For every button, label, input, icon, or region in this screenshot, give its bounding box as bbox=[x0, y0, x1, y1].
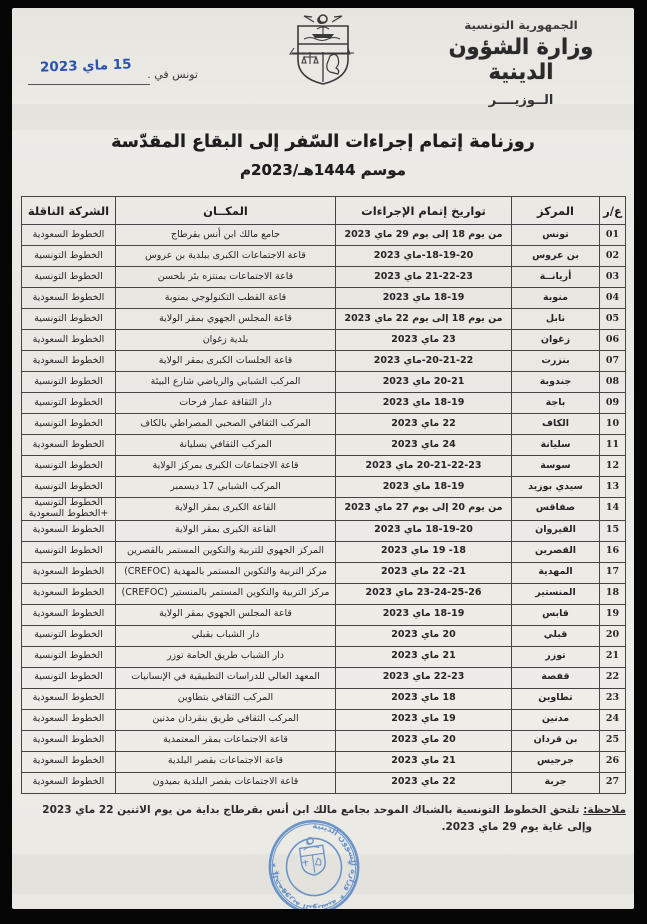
cell-center: قبلي bbox=[512, 625, 600, 646]
cell-place: قاعة الاجتماعات بقصر البلدية بميدون bbox=[116, 772, 336, 793]
cell-dates: من يوم 20 إلى يوم 27 ماي 2023 bbox=[336, 498, 512, 521]
cell-num: 15 bbox=[600, 520, 626, 541]
date-underline bbox=[28, 84, 150, 85]
cell-place: القاعة الكبرى بمقر الولاية bbox=[116, 520, 336, 541]
schedule-table-body: 01تونسمن يوم 18 إلى يوم 29 ماي 2023جامع … bbox=[22, 225, 626, 794]
title-line2: موسم 1444هـ/2023م bbox=[12, 161, 634, 179]
cell-num: 23 bbox=[600, 688, 626, 709]
cell-center: سوسة bbox=[512, 456, 600, 477]
cell-num: 21 bbox=[600, 646, 626, 667]
cell-dates: 20-21 ماي 2023 bbox=[336, 372, 512, 393]
cell-place: قاعة الاجتماعات بمنتزه بئر بلحسن bbox=[116, 267, 336, 288]
ministry-name: وزارة الشؤون الدينية bbox=[416, 34, 626, 84]
cell-num: 24 bbox=[600, 709, 626, 730]
cell-center: القيروان bbox=[512, 520, 600, 541]
cell-center: مدنين bbox=[512, 709, 600, 730]
svg-text:✶: ✶ bbox=[273, 869, 282, 880]
cell-num: 03 bbox=[600, 267, 626, 288]
cell-num: 06 bbox=[600, 330, 626, 351]
cell-num: 22 bbox=[600, 667, 626, 688]
cell-dates: 21- 22 ماي 2023 bbox=[336, 562, 512, 583]
cell-carrier: الخطوط التونسية bbox=[22, 372, 116, 393]
table-row: 19قابس18-19 ماي 2023قاعة المجلس الجهوي ب… bbox=[22, 604, 626, 625]
cell-center: نابل bbox=[512, 309, 600, 330]
cell-num: 17 bbox=[600, 562, 626, 583]
scanned-document-page: الجمهورية التونسية وزارة الشؤون الدينية … bbox=[12, 8, 634, 909]
ministry-round-seal: الجمهورية التونسية ✶ وزارة الشؤون الديني… bbox=[257, 810, 370, 909]
cell-place: القاعة الكبرى بمقر الولاية bbox=[116, 498, 336, 521]
table-row: 21توزر21 ماي 2023دار الشباب طريق الحامة … bbox=[22, 646, 626, 667]
tunisia-coat-of-arms-icon bbox=[284, 12, 362, 98]
cell-dates: 18-19 ماي 2023 bbox=[336, 477, 512, 498]
header-carrier: الشركة الناقلة bbox=[22, 197, 116, 225]
cell-center: بن قردان bbox=[512, 730, 600, 751]
schedule-table: ع/ر المركز تواريخ إتمام الإجراءات المكــ… bbox=[21, 196, 626, 794]
cell-num: 12 bbox=[600, 456, 626, 477]
cell-place: المركب الثقافي الصحبي المصراطي بالكاف bbox=[116, 414, 336, 435]
cell-center: قفصة bbox=[512, 667, 600, 688]
cell-place: دار الثقافة عمار فرحات bbox=[116, 393, 336, 414]
cell-place: المركب الشبابي 17 ديسمبر bbox=[116, 477, 336, 498]
table-row: 14صفاقسمن يوم 20 إلى يوم 27 ماي 2023القا… bbox=[22, 498, 626, 521]
table-row: 09باجة18-19 ماي 2023دار الثقافة عمار فرح… bbox=[22, 393, 626, 414]
cell-num: 18 bbox=[600, 583, 626, 604]
table-row: 24مدنين19 ماي 2023المركب الثقافي طريق بن… bbox=[22, 709, 626, 730]
cell-center: المهدية bbox=[512, 562, 600, 583]
svg-text:✶: ✶ bbox=[346, 858, 355, 869]
cell-dates: 18-19-20 ماي 2023 bbox=[336, 520, 512, 541]
cell-num: 27 bbox=[600, 772, 626, 793]
table-row: 23تطاوين18 ماي 2023المركب الثقافي بتطاوي… bbox=[22, 688, 626, 709]
table-row: 11سليانة24 ماي 2023المركب الثقافي بسليان… bbox=[22, 435, 626, 456]
table-row: 02بن عروس18-19-20-ماي 2023قاعة الاجتماعا… bbox=[22, 246, 626, 267]
cell-dates: 21 ماي 2023 bbox=[336, 751, 512, 772]
cell-place: قاعة الاجتماعات الكبرى ببلدية بن عروس bbox=[116, 246, 336, 267]
cell-place: جامع مالك ابن أنس بقرطاج bbox=[116, 225, 336, 246]
title-line1: روزنامة إتمام إجراءات السّفر إلى البقاع … bbox=[12, 132, 634, 152]
cell-center: جرجيس bbox=[512, 751, 600, 772]
note-label: ملاحظة: bbox=[583, 804, 626, 816]
cell-place: دار الشباب بقبلي bbox=[116, 625, 336, 646]
cell-dates: 18-19 ماي 2023 bbox=[336, 393, 512, 414]
cell-carrier: الخطوط السعودية bbox=[22, 583, 116, 604]
cell-num: 16 bbox=[600, 541, 626, 562]
cell-place: بلدية زغوان bbox=[116, 330, 336, 351]
cell-dates: 22-23 ماي 2023 bbox=[336, 667, 512, 688]
table-row: 05نابلمن يوم 18 إلى يوم 22 ماي 2023قاعة … bbox=[22, 309, 626, 330]
cell-place: دار الشباب طريق الحامة توزر bbox=[116, 646, 336, 667]
cell-dates: 22 ماي 2023 bbox=[336, 414, 512, 435]
cell-place: المركب الثقافي بسليانة bbox=[116, 435, 336, 456]
cell-center: منوبة bbox=[512, 288, 600, 309]
cell-center: تطاوين bbox=[512, 688, 600, 709]
cell-dates: 18- 19 ماي 2023 bbox=[336, 541, 512, 562]
cell-dates: من يوم 18 إلى يوم 22 ماي 2023 bbox=[336, 309, 512, 330]
cell-dates: 24 ماي 2023 bbox=[336, 435, 512, 456]
cell-carrier: الخطوط السعودية bbox=[22, 225, 116, 246]
cell-dates: 21 ماي 2023 bbox=[336, 646, 512, 667]
cell-carrier: الخطوط التونسية bbox=[22, 541, 116, 562]
cell-place: قاعة القطب التكنولوجي بمنوبة bbox=[116, 288, 336, 309]
cell-num: 08 bbox=[600, 372, 626, 393]
table-row: 22قفصة22-23 ماي 2023المعهد العالي للدراس… bbox=[22, 667, 626, 688]
cell-carrier: الخطوط التونسية bbox=[22, 477, 116, 498]
cell-place: المعهد العالي للدراسات التطبيقية في الإن… bbox=[116, 667, 336, 688]
cell-place: المركب الثقافي طريق بنقردان مدنين bbox=[116, 709, 336, 730]
cell-center: الكاف bbox=[512, 414, 600, 435]
date-block: تونس في . 15 ماي 2023 bbox=[12, 52, 212, 94]
cell-dates: 19 ماي 2023 bbox=[336, 709, 512, 730]
cell-place: قاعة المجلس الجهوي بمقر الولاية bbox=[116, 604, 336, 625]
table-row: 08جندوبة20-21 ماي 2023المركب الشبابي وال… bbox=[22, 372, 626, 393]
cell-carrier: الخطوط التونسية bbox=[22, 667, 116, 688]
cell-dates: 22 ماي 2023 bbox=[336, 772, 512, 793]
table-row: 17المهدية21- 22 ماي 2023مركز التربية وال… bbox=[22, 562, 626, 583]
cell-dates: 20 ماي 2023 bbox=[336, 625, 512, 646]
cell-center: القصرين bbox=[512, 541, 600, 562]
cell-carrier: الخطوط السعودية bbox=[22, 751, 116, 772]
cell-dates: 20-21-22-23 ماي 2023 bbox=[336, 456, 512, 477]
cell-carrier: الخطوط السعودية bbox=[22, 351, 116, 372]
cell-dates: 18-19-20-ماي 2023 bbox=[336, 246, 512, 267]
letterhead: الجمهورية التونسية وزارة الشؤون الدينية … bbox=[416, 18, 626, 108]
cell-center: بنزرت bbox=[512, 351, 600, 372]
cell-carrier: الخطوط السعودية bbox=[22, 688, 116, 709]
cell-num: 02 bbox=[600, 246, 626, 267]
table-row: 04منوبة18-19 ماي 2023قاعة القطب التكنولو… bbox=[22, 288, 626, 309]
cell-center: جربة bbox=[512, 772, 600, 793]
table-row: 26جرجيس21 ماي 2023قاعة الاجتماعات بقصر ا… bbox=[22, 751, 626, 772]
cell-carrier: الخطوط السعودية bbox=[22, 562, 116, 583]
cell-dates: 18-19 ماي 2023 bbox=[336, 604, 512, 625]
header-num: ع/ر bbox=[600, 197, 626, 225]
cell-num: 07 bbox=[600, 351, 626, 372]
cell-num: 05 bbox=[600, 309, 626, 330]
cell-carrier: الخطوط التونسية bbox=[22, 414, 116, 435]
cell-place: قاعة الاجتماعات بقصر البلدية bbox=[116, 751, 336, 772]
note-line1: تلتحق الخطوط التونسية بالشباك الموحد بجا… bbox=[42, 804, 579, 816]
cell-place: قاعة الجلسات الكبرى بمقر الولاية bbox=[116, 351, 336, 372]
cell-num: 04 bbox=[600, 288, 626, 309]
cell-num: 01 bbox=[600, 225, 626, 246]
cell-num: 09 bbox=[600, 393, 626, 414]
document-title: روزنامة إتمام إجراءات السّفر إلى البقاع … bbox=[12, 132, 634, 179]
cell-num: 13 bbox=[600, 477, 626, 498]
cell-carrier: الخطوط السعودية bbox=[22, 520, 116, 541]
cell-carrier: الخطوط التونسية bbox=[22, 625, 116, 646]
cell-carrier: الخطوط السعودية bbox=[22, 772, 116, 793]
minister-title: الــوزيــــر bbox=[416, 93, 626, 108]
table-row: 13سيدي بوزيد18-19 ماي 2023المركب الشبابي… bbox=[22, 477, 626, 498]
place-date-label: تونس في . bbox=[147, 68, 198, 81]
table-row: 03أريانــة21-22-23 ماي 2023قاعة الاجتماع… bbox=[22, 267, 626, 288]
cell-place: قاعة المجلس الجهوي بمقر الولاية bbox=[116, 309, 336, 330]
cell-carrier: الخطوط التونسية bbox=[22, 267, 116, 288]
table-row: 16القصرين18- 19 ماي 2023المركز الجهوي لل… bbox=[22, 541, 626, 562]
cell-center: سليانة bbox=[512, 435, 600, 456]
cell-num: 25 bbox=[600, 730, 626, 751]
cell-place: المركب الشبابي والرياضي شارع البيئة bbox=[116, 372, 336, 393]
cell-carrier: الخطوط السعودية bbox=[22, 435, 116, 456]
table-row: 06زغوان23 ماي 2023بلدية زغوانالخطوط السع… bbox=[22, 330, 626, 351]
cell-dates: 21-22-23 ماي 2023 bbox=[336, 267, 512, 288]
cell-carrier: الخطوط السعودية bbox=[22, 730, 116, 751]
cell-num: 26 bbox=[600, 751, 626, 772]
cell-place: قاعة الاجتماعات بمقر المعتمدية bbox=[116, 730, 336, 751]
cell-carrier: الخطوط السعودية bbox=[22, 709, 116, 730]
cell-carrier: الخطوط السعودية bbox=[22, 330, 116, 351]
cell-place: مركز التربية والتكوين المستمر بالمنستير … bbox=[116, 583, 336, 604]
cell-dates: 18 ماي 2023 bbox=[336, 688, 512, 709]
cell-num: 11 bbox=[600, 435, 626, 456]
cell-carrier: الخطوط السعودية bbox=[22, 604, 116, 625]
cell-dates: 20 ماي 2023 bbox=[336, 730, 512, 751]
cell-center: قابس bbox=[512, 604, 600, 625]
header-center: المركز bbox=[512, 197, 600, 225]
table-row: 15القيروان18-19-20 ماي 2023القاعة الكبرى… bbox=[22, 520, 626, 541]
table-row: 12سوسة20-21-22-23 ماي 2023قاعة الاجتماعا… bbox=[22, 456, 626, 477]
cell-place: قاعة الاجتماعات الكبرى بمركز الولاية bbox=[116, 456, 336, 477]
cell-num: 20 bbox=[600, 625, 626, 646]
cell-center: جندوبة bbox=[512, 372, 600, 393]
table-row: 01تونسمن يوم 18 إلى يوم 29 ماي 2023جامع … bbox=[22, 225, 626, 246]
cell-center: باجة bbox=[512, 393, 600, 414]
cell-num: 19 bbox=[600, 604, 626, 625]
cell-center: توزر bbox=[512, 646, 600, 667]
cell-center: المنستير bbox=[512, 583, 600, 604]
cell-center: أريانــة bbox=[512, 267, 600, 288]
table-row: 27جربة22 ماي 2023قاعة الاجتماعات بقصر ال… bbox=[22, 772, 626, 793]
cell-carrier: الخطوط التونسية bbox=[22, 246, 116, 267]
cell-carrier: الخطوط التونسية bbox=[22, 646, 116, 667]
table-row: 18المنستير23-24-25-26 ماي 2023مركز الترب… bbox=[22, 583, 626, 604]
date-stamp: 15 ماي 2023 bbox=[40, 56, 132, 75]
cell-center: بن عروس bbox=[512, 246, 600, 267]
table-row: 07بنزرت20-21-22-ماي 2023قاعة الجلسات الك… bbox=[22, 351, 626, 372]
cell-center: تونس bbox=[512, 225, 600, 246]
cell-dates: من يوم 18 إلى يوم 29 ماي 2023 bbox=[336, 225, 512, 246]
cell-carrier: الخطوط التونسية bbox=[22, 309, 116, 330]
cell-num: 10 bbox=[600, 414, 626, 435]
cell-num: 14 bbox=[600, 498, 626, 521]
republic-name: الجمهورية التونسية bbox=[416, 18, 626, 31]
header-place: المكــان bbox=[116, 197, 336, 225]
cell-dates: 20-21-22-ماي 2023 bbox=[336, 351, 512, 372]
table-header-row: ع/ر المركز تواريخ إتمام الإجراءات المكــ… bbox=[22, 197, 626, 225]
cell-place: المركب الثقافي بتطاوين bbox=[116, 688, 336, 709]
cell-place: المركز الجهوي للتربية والتكوين المستمر ب… bbox=[116, 541, 336, 562]
cell-center: زغوان bbox=[512, 330, 600, 351]
cell-carrier: الخطوط التونسية +الخطوط السعودية bbox=[22, 498, 116, 521]
table-row: 10الكاف22 ماي 2023المركب الثقافي الصحبي … bbox=[22, 414, 626, 435]
cell-carrier: الخطوط التونسية bbox=[22, 393, 116, 414]
header-dates: تواريخ إتمام الإجراءات bbox=[336, 197, 512, 225]
table-row: 25بن قردان20 ماي 2023قاعة الاجتماعات بمق… bbox=[22, 730, 626, 751]
cell-dates: 23-24-25-26 ماي 2023 bbox=[336, 583, 512, 604]
cell-center: صفاقس bbox=[512, 498, 600, 521]
cell-place: مركز التربية والتكوين المستمر بالمهدية (… bbox=[116, 562, 336, 583]
cell-carrier: الخطوط التونسية bbox=[22, 456, 116, 477]
table-row: 20قبلي20 ماي 2023دار الشباب بقبليالخطوط … bbox=[22, 625, 626, 646]
cell-center: سيدي بوزيد bbox=[512, 477, 600, 498]
cell-dates: 18-19 ماي 2023 bbox=[336, 288, 512, 309]
cell-carrier: الخطوط السعودية bbox=[22, 288, 116, 309]
cell-dates: 23 ماي 2023 bbox=[336, 330, 512, 351]
